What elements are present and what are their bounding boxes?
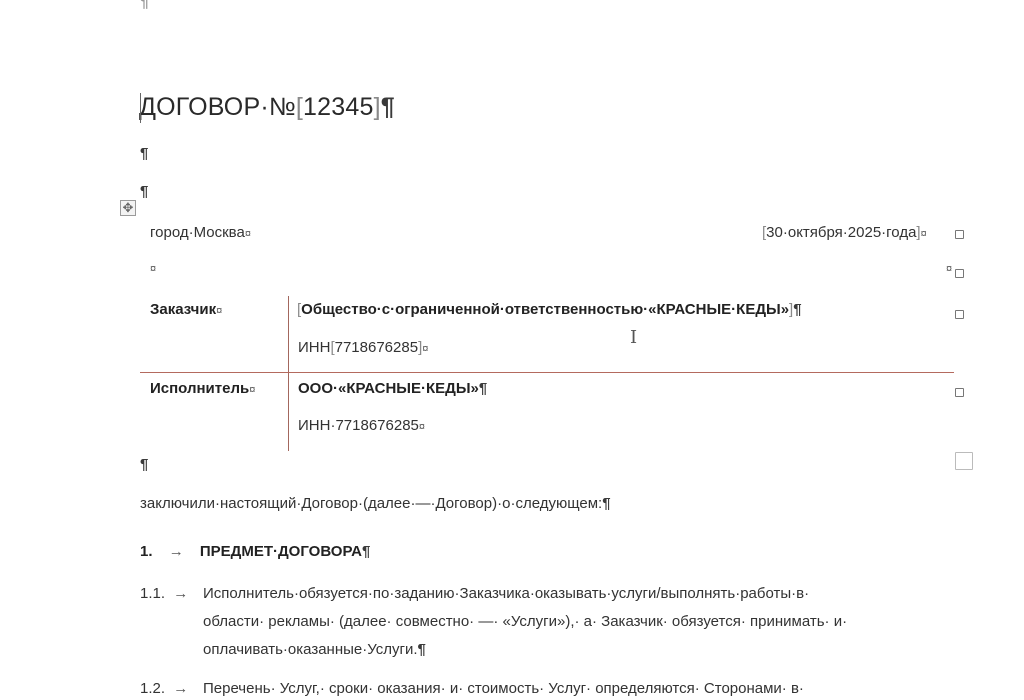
table-move-handle[interactable]: ✥ — [120, 200, 136, 216]
cell-end-mark: ¤ — [249, 384, 255, 396]
paragraph-mark: ¶ — [140, 145, 148, 162]
row-end-mark — [955, 265, 964, 283]
section-heading[interactable]: 1. → ПРЕДМЕТ·ДОГОВОРА¶ — [140, 543, 370, 560]
text-caret — [140, 93, 141, 123]
tab-arrow-icon: → — [169, 543, 184, 560]
clause-text-line[interactable]: Перечень· Услуг,· сроки· оказания· и· ст… — [203, 680, 804, 697]
intro-paragraph[interactable]: заключили·настоящий·Договор·(далее·—·Дог… — [140, 495, 611, 512]
contractor-inn-line[interactable]: ИНН·7718676285¤ — [298, 417, 425, 434]
clause-text-line[interactable]: Исполнитель·обязуется·по·заданию·Заказчи… — [203, 585, 809, 602]
tab-arrow-icon: → — [173, 585, 188, 602]
contractor-label: Исполнитель — [150, 380, 249, 397]
contractor-name-cell[interactable]: ООО·«КРАСНЫЕ·КЕДЫ»¶ — [298, 380, 487, 397]
intro-text: заключили·настоящий·Договор·(далее·—·Дог… — [140, 495, 602, 512]
cell-end-mark: ¤ — [150, 263, 156, 275]
cell-end-mark: ¤ — [946, 263, 952, 275]
paragraph-mark: ¶ — [140, 456, 148, 473]
cell-end-mark: ¤ — [216, 305, 222, 317]
clause-number: 1.2. → — [140, 680, 188, 697]
row-end-mark — [955, 384, 964, 402]
city-text: город·Москва — [150, 224, 245, 241]
clause-text-line[interactable]: области· рекламы· (далее· совместно· —· … — [203, 613, 847, 630]
section-number: 1. — [140, 543, 153, 560]
contractor-inn-label: ИНН· — [298, 417, 335, 434]
customer-name-field[interactable]: Общество·с·ограниченной·ответственностью… — [301, 301, 789, 318]
header-table-cell-date[interactable]: [30·октября·2025·года]¤ — [762, 224, 927, 241]
paragraph-mark: ¶ — [602, 495, 610, 512]
header-table-cell-city[interactable]: город·Москва¤ — [150, 224, 251, 241]
paragraph-mark: ¶ — [479, 380, 487, 397]
cell-end-mark: ¤ — [422, 343, 428, 355]
row-end-mark — [955, 306, 964, 324]
customer-inn-label: ИНН — [298, 339, 330, 356]
document-page[interactable]: ¶ ДОГОВОР·№[12345]¶ ¶ ¶ ✥ город·Москва¤ … — [0, 0, 1024, 700]
content-control-bracket-open: [ — [296, 93, 303, 121]
document-title[interactable]: ДОГОВОР·№[12345]¶ — [139, 93, 395, 122]
cell-end-mark: ¤ — [921, 228, 927, 240]
customer-name-cell[interactable]: [Общество·с·ограниченной·ответственность… — [297, 301, 802, 318]
date-field[interactable]: 30·октября·2025·года — [766, 224, 916, 241]
mouse-ibeam-cursor: I — [630, 328, 640, 348]
table-row-border[interactable] — [140, 372, 954, 373]
contract-number-field[interactable]: 12345 — [303, 93, 374, 121]
contractor-name-field[interactable]: ООО·«КРАСНЫЕ·КЕДЫ» — [298, 380, 479, 397]
contractor-inn-field[interactable]: 7718676285 — [335, 417, 418, 434]
paragraph-mark: ¶ — [793, 301, 801, 318]
paragraph-mark: ¶ — [140, 0, 149, 12]
table-resize-handle[interactable] — [955, 452, 973, 470]
clause-number: 1.1. → — [140, 585, 188, 602]
customer-inn-field[interactable]: 7718676285 — [335, 339, 418, 356]
contractor-label-cell[interactable]: Исполнитель¤ — [150, 380, 255, 397]
customer-label-cell[interactable]: Заказчик¤ — [150, 301, 222, 318]
customer-label: Заказчик — [150, 301, 216, 318]
section-title: ПРЕДМЕТ·ДОГОВОРА — [200, 543, 362, 560]
row-end-mark — [955, 226, 964, 244]
clause-text-line[interactable]: оплачивать·оказанные·Услуги.¶ — [203, 641, 426, 658]
cell-end-mark: ¤ — [245, 228, 251, 240]
table-column-border[interactable] — [288, 296, 289, 451]
paragraph-mark: ¶ — [381, 93, 395, 121]
cell-end-mark: ¤ — [419, 421, 425, 433]
move-cross-icon: ✥ — [123, 200, 134, 215]
paragraph-mark: ¶ — [362, 543, 370, 560]
content-control-bracket-close: ] — [374, 93, 381, 121]
title-prefix: ДОГОВОР·№ — [139, 93, 296, 121]
paragraph-mark: ¶ — [140, 183, 148, 200]
paragraph-mark: ¶ — [418, 641, 426, 658]
customer-inn-line[interactable]: ИНН[7718676285]¤ — [298, 339, 428, 356]
tab-arrow-icon: → — [173, 680, 188, 697]
